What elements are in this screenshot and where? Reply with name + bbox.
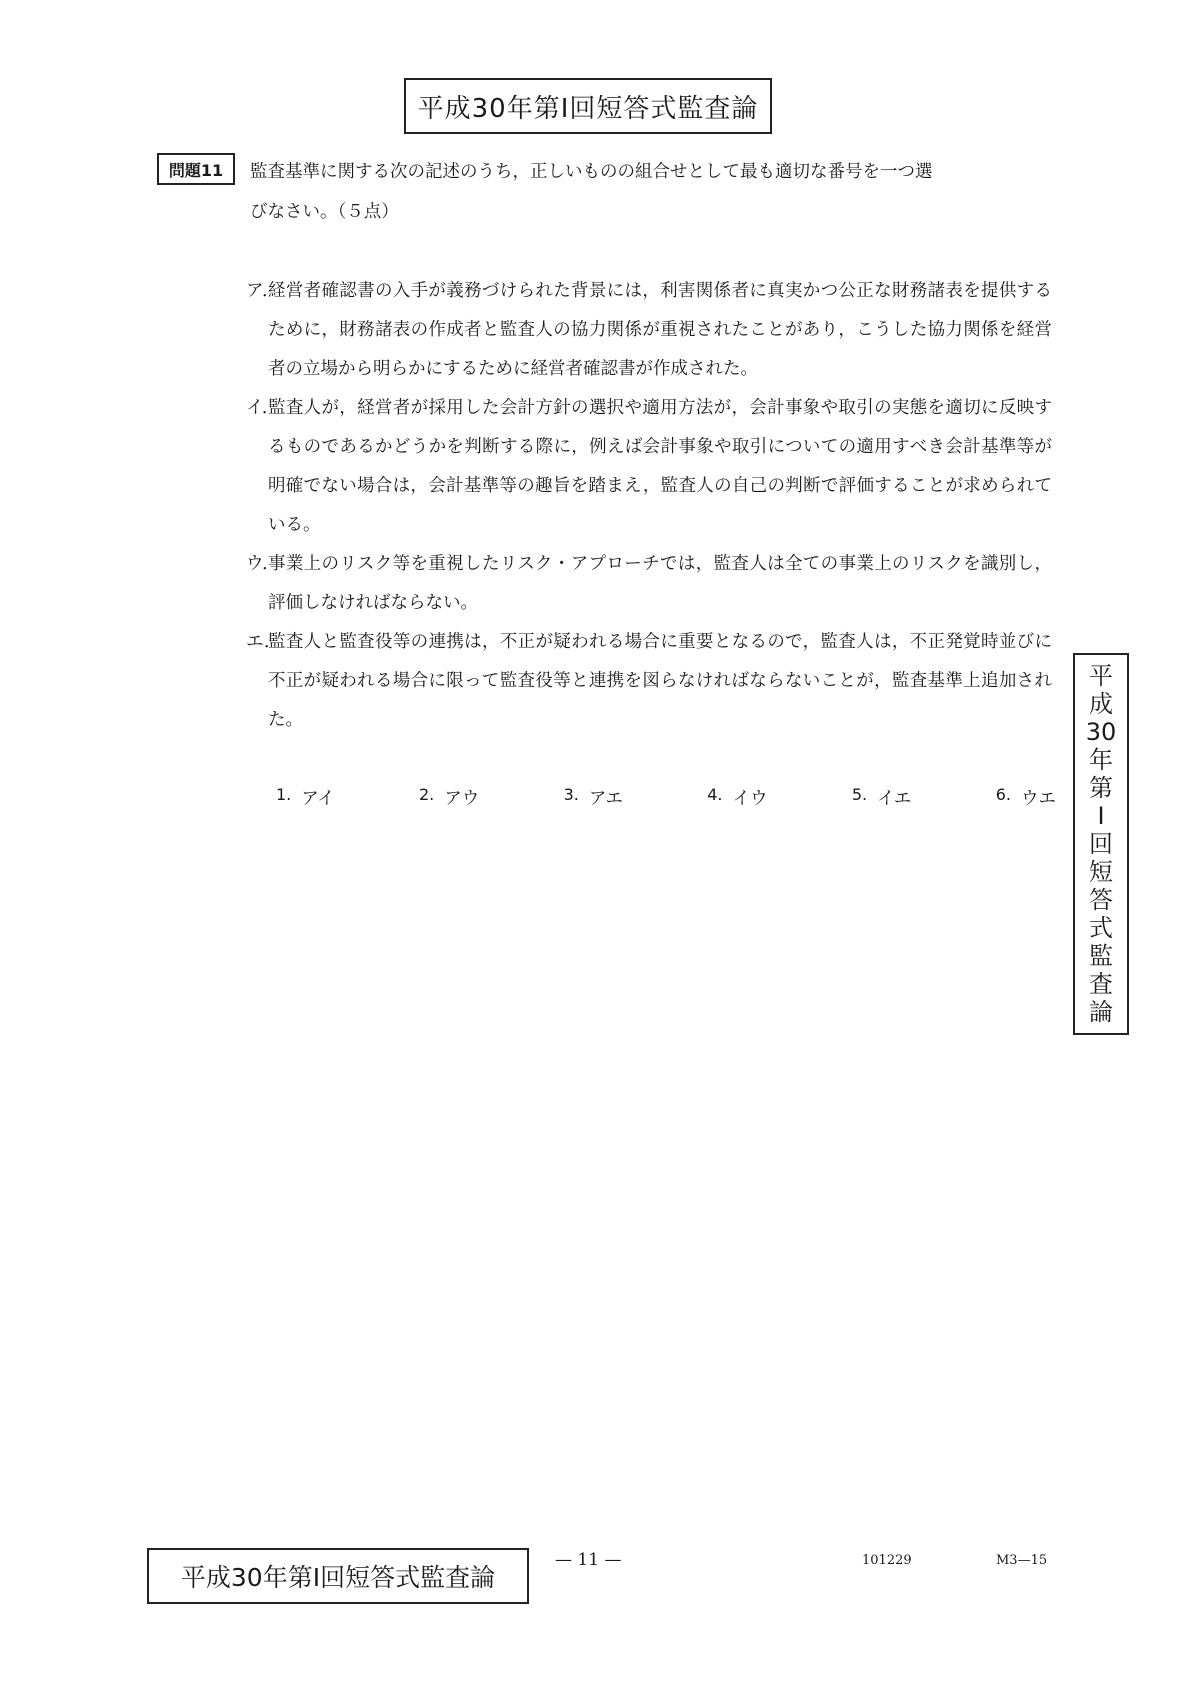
answer-choice-3: 3. アエ bbox=[564, 785, 623, 810]
choice-label: イウ bbox=[733, 785, 768, 810]
side-tab-char: 監 bbox=[1089, 942, 1113, 970]
choice-label: アエ bbox=[589, 785, 623, 810]
statement-text: 事業上のリスク等を重視したリスク・アプローチでは，監査人は全ての事業上のリスクを… bbox=[268, 545, 1052, 623]
side-tab-char: 論 bbox=[1089, 998, 1113, 1026]
footer-title-box: 平成30年第Ⅰ回短答式監査論 bbox=[147, 1548, 529, 1604]
exam-title-box: 平成30年第Ⅰ回短答式監査論 bbox=[404, 78, 772, 134]
choice-label: イエ bbox=[877, 785, 911, 810]
question-number-label: 問題11 bbox=[157, 153, 235, 185]
side-tab-char: 第 bbox=[1089, 774, 1113, 802]
choice-number: 3. bbox=[564, 785, 579, 810]
side-tab-vertical-title: 平 成 30 年 第 Ⅰ 回 短 答 式 監 査 論 bbox=[1073, 653, 1129, 1035]
question-stem-line2: びなさい。（５点） bbox=[248, 192, 1050, 232]
answer-choice-4: 4. イウ bbox=[707, 785, 767, 810]
page-number: — 11 — bbox=[555, 1550, 621, 1570]
choice-label: ウエ bbox=[1021, 785, 1056, 810]
side-tab-char: 式 bbox=[1089, 914, 1113, 942]
side-tab-char: 年 bbox=[1089, 746, 1113, 774]
statement-text: 経営者確認書の入手が義務づけられた背景には，利害関係者に真実かつ公正な財務諸表を… bbox=[268, 272, 1052, 389]
answer-choices: 1. アイ 2. アウ 3. アエ 4. イウ 5. イエ 6. ウエ bbox=[276, 785, 1056, 810]
question-number: 問題11 bbox=[169, 158, 223, 181]
answer-choice-1: 1. アイ bbox=[276, 785, 335, 810]
side-tab-char: 成 bbox=[1089, 690, 1113, 718]
choice-number: 6. bbox=[996, 785, 1011, 810]
answer-choice-5: 5. イエ bbox=[852, 785, 912, 810]
choice-label: アイ bbox=[301, 785, 334, 810]
choice-number: 4. bbox=[707, 785, 722, 810]
document-code: 101229 bbox=[862, 1553, 912, 1568]
side-tab-char: 30 bbox=[1086, 718, 1117, 746]
statement-marker: イ． bbox=[246, 389, 268, 545]
choice-number: 2. bbox=[419, 785, 434, 810]
side-tab-char: 答 bbox=[1089, 886, 1113, 914]
statement-list: ア． 経営者確認書の入手が義務づけられた背景には，利害関係者に真実かつ公正な財務… bbox=[246, 272, 1052, 740]
answer-choice-6: 6. ウエ bbox=[996, 785, 1056, 810]
answer-choice-2: 2. アウ bbox=[419, 785, 479, 810]
choice-number: 1. bbox=[276, 785, 291, 810]
statement-text: 監査人と監査役等の連携は，不正が疑われる場合に重要となるので，監査人は，不正発覚… bbox=[268, 623, 1052, 740]
side-tab-char: Ⅰ bbox=[1097, 802, 1104, 830]
footer-title: 平成30年第Ⅰ回短答式監査論 bbox=[181, 1558, 495, 1594]
side-tab-char: 査 bbox=[1089, 970, 1113, 998]
choice-number: 5. bbox=[852, 785, 867, 810]
statement-u: ウ． 事業上のリスク等を重視したリスク・アプローチでは，監査人は全ての事業上のリ… bbox=[246, 545, 1052, 623]
side-tab-char: 平 bbox=[1089, 662, 1113, 690]
choice-label: アウ bbox=[444, 785, 479, 810]
statement-a: ア． 経営者確認書の入手が義務づけられた背景には，利害関係者に真実かつ公正な財務… bbox=[246, 272, 1052, 389]
statement-text: 監査人が，経営者が採用した会計方針の選択や適用方法が，会計事象や取引の実態を適切… bbox=[268, 389, 1052, 545]
section-code: M3—15 bbox=[996, 1553, 1047, 1568]
statement-marker: エ． bbox=[246, 623, 268, 740]
statement-marker: ア． bbox=[246, 272, 268, 389]
side-tab-char: 短 bbox=[1089, 858, 1113, 886]
statement-e: エ． 監査人と監査役等の連携は，不正が疑われる場合に重要となるので，監査人は，不… bbox=[246, 623, 1052, 740]
statement-marker: ウ． bbox=[246, 545, 268, 623]
exam-title: 平成30年第Ⅰ回短答式監査論 bbox=[418, 88, 759, 125]
statement-i: イ． 監査人が，経営者が採用した会計方針の選択や適用方法が，会計事象や取引の実態… bbox=[246, 389, 1052, 545]
side-tab-char: 回 bbox=[1089, 830, 1113, 858]
question-stem-line1: 監査基準に関する次の記述のうち，正しいものの組合せとして最も適切な番号を一つ選 bbox=[248, 152, 1050, 192]
question-stem: 監査基準に関する次の記述のうち，正しいものの組合せとして最も適切な番号を一つ選 … bbox=[248, 152, 1050, 232]
